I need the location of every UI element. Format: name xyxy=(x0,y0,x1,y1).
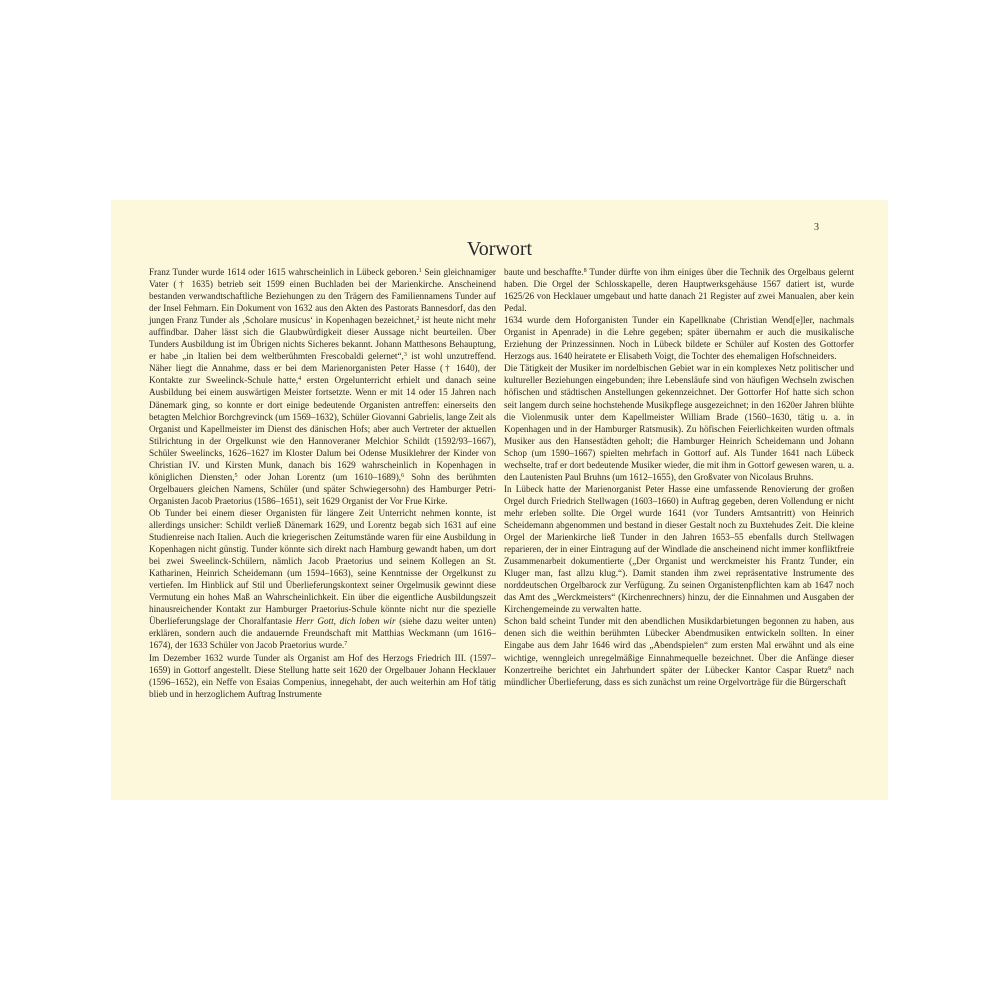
right-column: baute und beschaffte.8 Tunder dürfte von… xyxy=(504,266,854,688)
paragraph: 1634 wurde dem Hoforganisten Tunder ein … xyxy=(504,314,854,362)
footnote-ref: 7 xyxy=(344,641,347,647)
left-column: Franz Tunder wurde 1614 oder 1615 wahrsc… xyxy=(149,266,496,700)
document-page: 3 Vorwort Franz Tunder wurde 1614 oder 1… xyxy=(111,200,888,800)
paragraph: Schon bald scheint Tunder mit den abendl… xyxy=(504,615,854,687)
paragraph: Ob Tunder bei einem dieser Organisten fü… xyxy=(149,507,496,652)
paragraph: baute und beschaffte.8 Tunder dürfte von… xyxy=(504,266,854,314)
page-title: Vorwort xyxy=(111,238,888,261)
paragraph: Die Tätigkeit der Musiker im nordelbisch… xyxy=(504,362,854,482)
page-number: 3 xyxy=(814,222,819,233)
work-title: Herr Gott, dich loben wir xyxy=(296,616,396,626)
paragraph: Franz Tunder wurde 1614 oder 1615 wahrsc… xyxy=(149,266,496,507)
paragraph: Im Dezember 1632 wurde Tunder als Organi… xyxy=(149,652,496,700)
paragraph: In Lübeck hatte der Marienorganist Peter… xyxy=(504,483,854,616)
